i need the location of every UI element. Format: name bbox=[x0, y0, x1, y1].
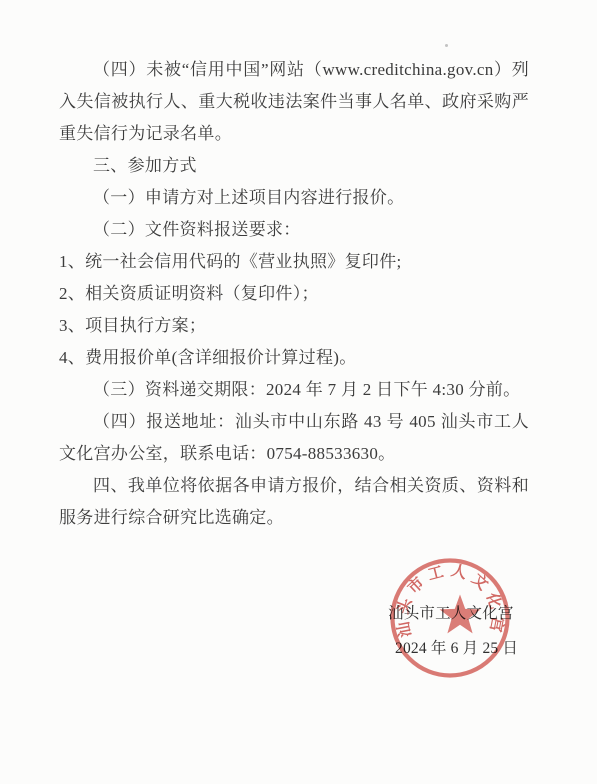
paragraph: （二）文件资料报送要求： bbox=[59, 214, 529, 246]
signature-date: 2024 年 6 月 25 日 bbox=[395, 639, 518, 659]
list-item: 2、相关资质证明资料（复印件）； bbox=[59, 278, 529, 310]
paragraph: 四、我单位将依据各申请方报价，结合相关资质、资料和服务进行综合研究比选确定。 bbox=[59, 470, 529, 534]
list-item: 1、统一社会信用代码的《营业执照》复印件; bbox=[59, 246, 529, 278]
document-page: （四）未被“信用中国”网站（www.creditchina.gov.cn）列入失… bbox=[0, 0, 597, 784]
paragraph: （一）申请方对上述项目内容进行报价。 bbox=[59, 182, 529, 214]
section-heading: 三、参加方式 bbox=[59, 150, 529, 182]
paragraph: （三）资料递交期限：2024 年 7 月 2 日下午 4:30 分前。 bbox=[59, 374, 529, 406]
list-item: 3、项目执行方案； bbox=[59, 310, 529, 342]
document-body: （四）未被“信用中国”网站（www.creditchina.gov.cn）列入失… bbox=[59, 54, 529, 534]
signature-organization: 汕头市工人文化宫 bbox=[388, 604, 514, 624]
list-item: 4、费用报价单(含详细报价计算过程)。 bbox=[59, 342, 529, 374]
seal-arc-text: 汕头市工人文化宫 bbox=[393, 561, 508, 639]
scan-speck bbox=[445, 44, 448, 47]
paragraph: （四）未被“信用中国”网站（www.creditchina.gov.cn）列入失… bbox=[59, 54, 529, 150]
paragraph: （四）报送地址：汕头市中山东路 43 号 405 汕头市工人文化宫办公室，联系电… bbox=[59, 406, 529, 470]
